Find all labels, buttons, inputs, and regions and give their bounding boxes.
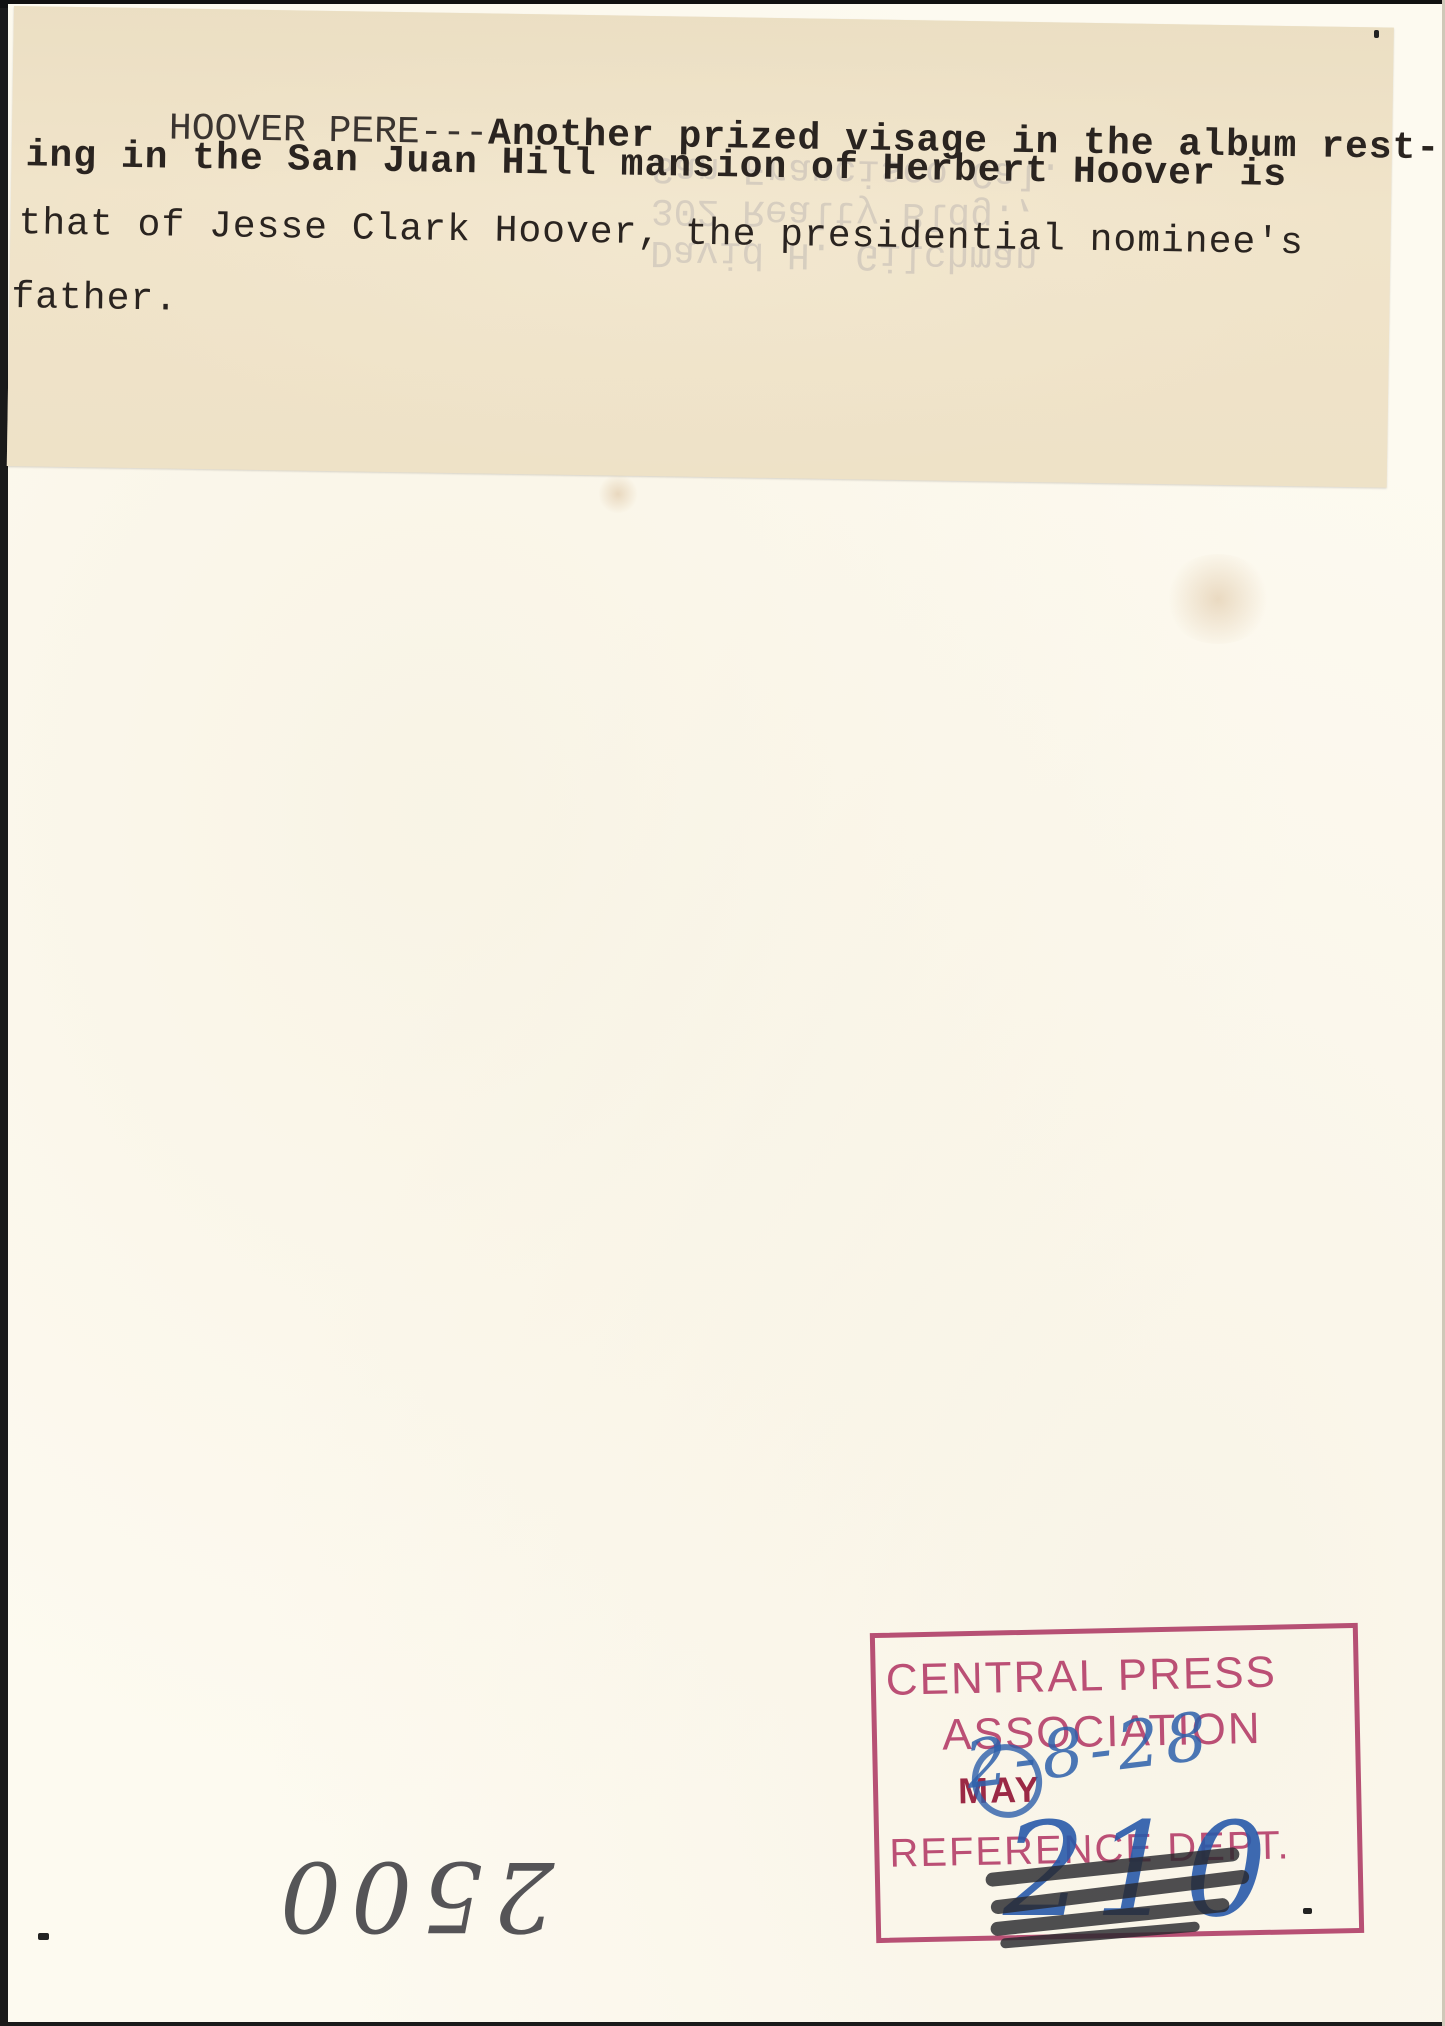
stamp-line-central-press: CENTRAL PRESS (885, 1646, 1364, 1706)
caption-line-4: father. (11, 276, 178, 322)
stain-mark (1163, 554, 1273, 644)
stain-mark (598, 474, 638, 514)
pencil-inventory-number: 2500 (270, 1840, 554, 1952)
caption-slip: David H. Gilchman 302 Realty Bldg., San … (7, 6, 1394, 488)
ink-speck (1374, 30, 1379, 38)
ink-speck (1303, 1908, 1312, 1914)
ink-speck (38, 1933, 49, 1940)
